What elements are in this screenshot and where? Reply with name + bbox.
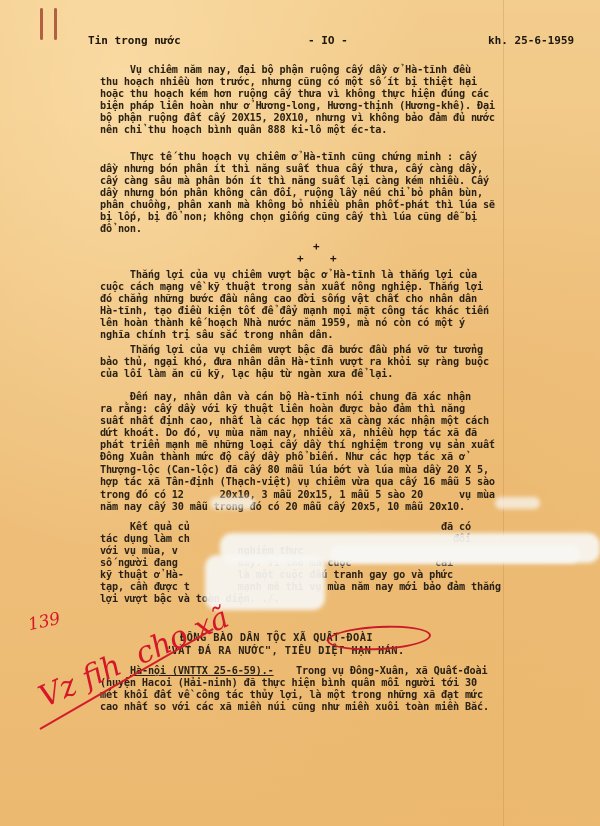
body-line: biện pháp liên hoàn như ở Hương-long, Hư… (100, 101, 495, 113)
correction-fluid-patch (330, 545, 580, 563)
section-label: Tin trong nước (88, 34, 181, 47)
body-line: trong đó có 12 20x10, 3 mẫu 20x15, 1 mẫu… (100, 490, 495, 502)
body-line: dầy nhưng bón phân ít thì năng suất thua… (100, 164, 483, 176)
body-line: Thượng-lộc (Can-lộc) đã cấy 80 mẫu lúa b… (100, 465, 489, 477)
body-line: phân chuồng, phân xanh mà không bỏ nhiều… (100, 200, 495, 212)
body-line: mét khối đất về công tác thủy lợi, là mộ… (100, 690, 483, 702)
staple-mark (40, 8, 43, 40)
body-line: suất nhất định cao, nhất là các hợp tác … (100, 416, 489, 428)
body-line: cấy càng sâu mà phân bón ít thì năng suấ… (100, 176, 489, 188)
body-line: dứt khoát. Do đó, vụ mùa năm nay, nhiều … (100, 428, 477, 440)
body-line: Thắng lợi của vụ chiêm vượt bậc ở Hà-tĩn… (100, 270, 477, 282)
body-line: năm nay cấy 30 mẫu trong đó có 20 mẫu cấ… (100, 502, 465, 514)
separator-star: + (313, 240, 320, 253)
correction-fluid-patch (210, 497, 255, 509)
separator-star: + (297, 252, 304, 265)
body-line: thu hoạch nhiều hơn trước, nhưng cũng có… (100, 77, 477, 89)
body-line: bị lốp, bị đổ non; không chọn giống cũng… (100, 212, 477, 224)
body-line: Đến nay, nhân dân và cán bộ Hà-tĩnh nói … (100, 392, 471, 404)
staple-mark (54, 8, 57, 40)
correction-fluid-patch (495, 497, 540, 509)
separator-star: + (330, 252, 337, 265)
body-line: nên chỉ thu hoạch bình quân 888 ki-lô mộ… (100, 125, 387, 137)
document-date: kh. 25-6-1959 (488, 34, 574, 47)
body-line: Đông Xuân thành mức độ cấy dầy phổ biến.… (100, 452, 465, 464)
body-line: đổ non. (100, 224, 142, 236)
body-line: Hà-tĩnh, tạo điều kiện tốt để đẩy mạnh m… (100, 306, 489, 318)
body-line: đó chẳng những bước đầu nâng cao đời sốn… (100, 294, 477, 306)
body-line: ra rằng: cấy dầy với kỹ thuật liên hoàn … (100, 404, 465, 416)
body-line: cao nhất so với các xã miền núi cũng như… (100, 702, 489, 714)
body-line: nghĩa chính trị sâu sắc trong nhân dân. (100, 330, 333, 342)
body-line: bảo thủ, ngại khó, đưa nhân dân Hà-tĩnh … (100, 357, 489, 369)
body-line: cuộc cách mạng về kỹ thuật trong sản xuấ… (100, 282, 483, 294)
body-line: dầy nhưng bón phân không cân đối, ruộng … (100, 188, 483, 200)
page-number: - IO - (308, 34, 348, 47)
body-line: Thực tế thu hoạch vụ chiêm ở Hà-tĩnh cũn… (100, 152, 477, 164)
body-line: lên hoàn thành kế hoạch Nhà nước năm 195… (100, 318, 465, 330)
body-line: hoặc thu hoạch kém hơn ruộng cấy thưa vì… (100, 89, 489, 101)
body-line: (huyện Hacoi (Hải-ninh) đã thực hiện bìn… (100, 678, 477, 690)
body-line: bộ phận ruộng đất cấy 20X15, 20X10, nhưn… (100, 113, 495, 125)
body-line: Thắng lợi của vụ chiêm vượt bậc đã bước … (100, 345, 483, 357)
correction-fluid-patch (205, 555, 325, 610)
body-line: hợp tác xã Tân-định (Thạch-việt) vụ chiê… (100, 477, 495, 489)
body-line: Trong vụ Đông-Xuân, xã Quất-đoài (290, 666, 487, 678)
body-line: phát triển mạnh mẽ những loại cấy dầy th… (100, 440, 495, 452)
body-line: của lối làm ăn cũ kỹ, lạc hậu từ ngàn xư… (100, 369, 393, 381)
body-line: Vụ chiêm năm nay, đại bộ phận ruộng cấy … (100, 65, 471, 77)
paper-fold-crease (503, 0, 504, 826)
